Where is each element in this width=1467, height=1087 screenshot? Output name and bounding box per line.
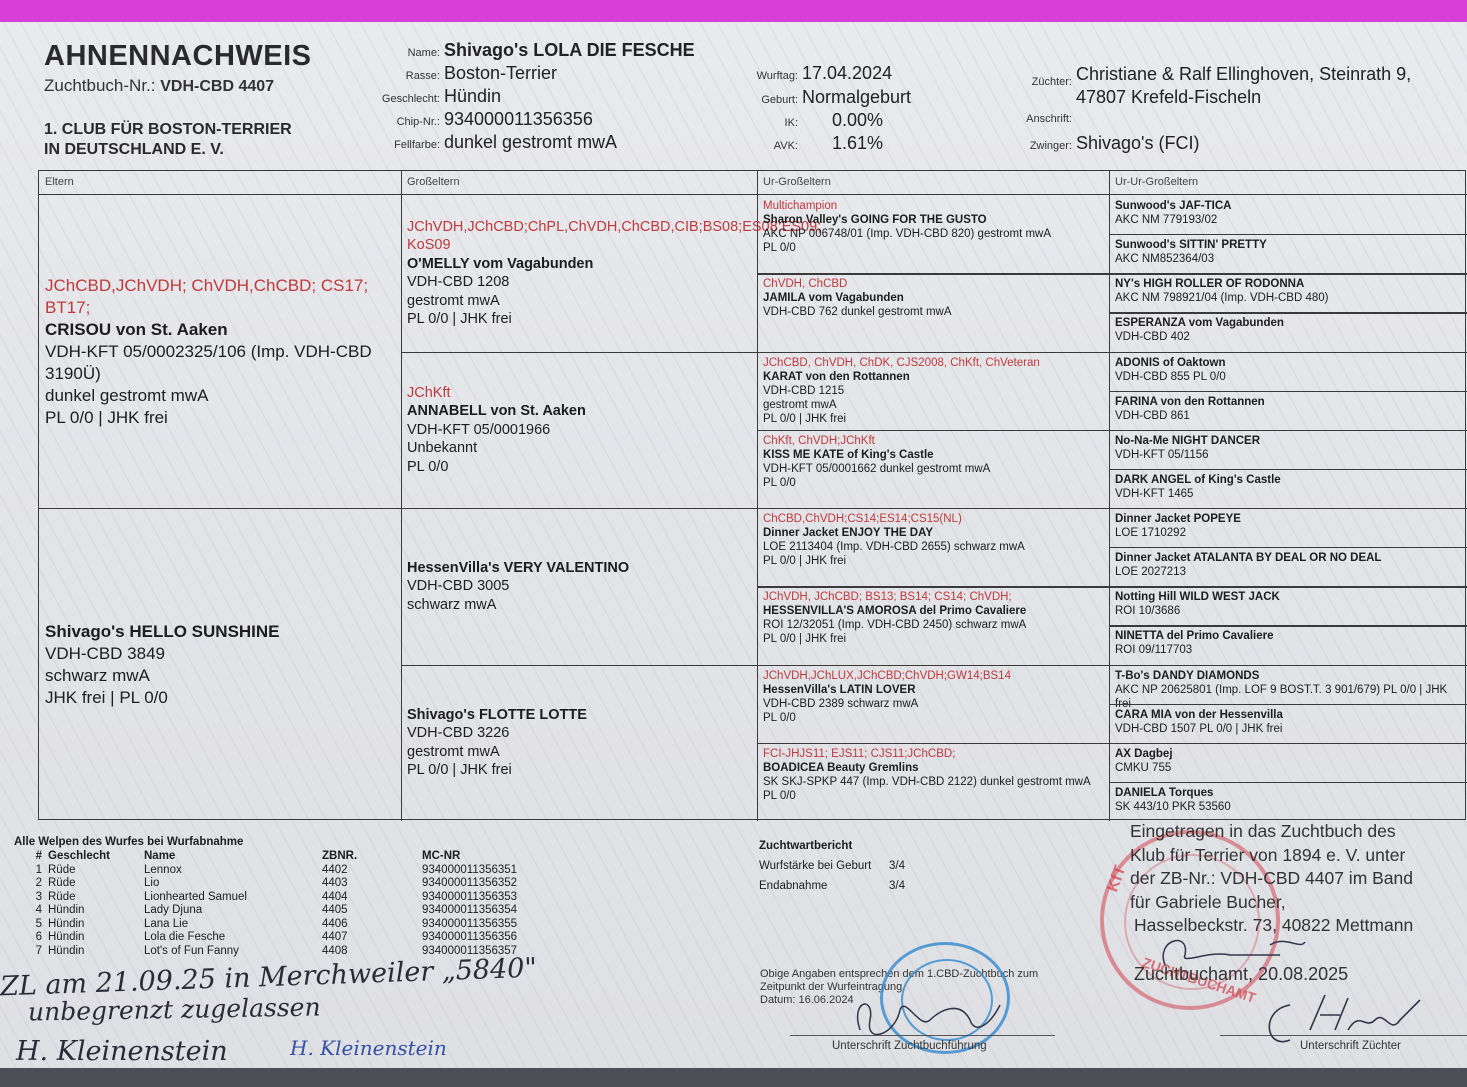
ancestor-name: Sharon Valley's GOING FOR THE GUSTO bbox=[763, 213, 1103, 227]
ancestor-name: Dinner Jacket ENJOY THE DAY bbox=[763, 526, 1103, 540]
puppy-cell: 934000011356355 bbox=[422, 918, 582, 932]
puppies-rows: 1RüdeLennox44029340000113563512RüdeLio44… bbox=[14, 864, 554, 959]
pedigree-entry: HessenVilla's VERY VALENTINOVDH-CBD 3005… bbox=[401, 508, 757, 665]
ik-label: IK: bbox=[740, 117, 798, 129]
field-zuechter: Züchter: bbox=[1010, 76, 1076, 88]
ancestor-detail: LOE 1710292 bbox=[1115, 526, 1461, 540]
ancestor-titles: JChKft bbox=[407, 384, 751, 403]
puppy-cell: Lana Lie bbox=[144, 918, 322, 932]
ancestor-detail: VDH-KFT 05/0002325/106 (Imp. VDH-CBD 319… bbox=[45, 341, 395, 385]
ancestor-name: T-Bo's DANDY DIAMONDS bbox=[1115, 669, 1461, 683]
registration-line: der ZB-Nr.: VDH-CBD 4407 im Band bbox=[1130, 867, 1413, 891]
ancestor-detail: PL 0/0 | JHK frei bbox=[45, 407, 395, 429]
puppy-cell: Rüde bbox=[48, 891, 144, 905]
field-fellfarbe: Fellfarbe: dunkel gestromt mwA bbox=[380, 132, 617, 153]
puppy-cell: 4 bbox=[14, 904, 48, 918]
ancestor-name: NY's HIGH ROLLER OF RODONNA bbox=[1115, 277, 1461, 291]
ancestor-titles: JChVDH,JChLUX,JChCBD;ChVDH;GW14;BS14 bbox=[763, 669, 1103, 683]
zuchtbuch-label: Zuchtbuch-Nr.: bbox=[44, 76, 156, 95]
ancestor-name: KISS ME KATE of King's Castle bbox=[763, 448, 1103, 462]
document-bottom-edge bbox=[0, 1068, 1467, 1087]
ancestor-detail: PL 0/0 | JHK frei bbox=[763, 412, 1103, 426]
ancestor-detail: ROI 10/3686 bbox=[1115, 604, 1461, 618]
geburt-label: Geburt: bbox=[740, 94, 798, 106]
ancestor-detail: VDH-CBD 855 PL 0/0 bbox=[1115, 370, 1461, 384]
column-header-3: Ur-Großeltern bbox=[757, 171, 1109, 195]
puppies-column-header: Geschlecht bbox=[48, 850, 144, 864]
puppy-cell: 7 bbox=[14, 945, 48, 959]
ancestor-name: Dinner Jacket POPEYE bbox=[1115, 512, 1461, 526]
handwritten-note-line2: unbegrenzt zugelassen bbox=[28, 992, 321, 1026]
pedigree-entry: JChCBD, ChVDH, ChDK, CJS2008, ChKft, ChV… bbox=[757, 352, 1109, 430]
pedigree-entry: ChVDH, ChCBDJAMILA vom VagabundenVDH-CBD… bbox=[757, 273, 1109, 351]
ancestor-detail: LOE 2027213 bbox=[1115, 565, 1461, 579]
signature-zuechter bbox=[1260, 990, 1440, 1050]
pedigree-entry: Sunwood's SITTIN' PRETTYAKC NM852364/03 bbox=[1109, 234, 1467, 273]
puppy-cell: 934000011356353 bbox=[422, 891, 582, 905]
rasse-value: Boston-Terrier bbox=[444, 63, 557, 84]
field-wurftag: Wurftag: 17.04.2024 bbox=[740, 63, 892, 84]
ancestor-detail: PL 0/0 bbox=[763, 711, 1103, 725]
ancestor-name: ADONIS of Oaktown bbox=[1115, 356, 1461, 370]
rasse-label: Rasse: bbox=[380, 70, 440, 82]
handwritten-note-signature: H. Kleinenstein bbox=[290, 1036, 447, 1060]
pedigree-entry: Shivago's HELLO SUNSHINEVDH-CBD 3849schw… bbox=[39, 508, 401, 821]
zuechter-line2: 47807 Krefeld-Fischeln bbox=[1076, 86, 1411, 109]
ancestor-detail: SK SKJ-SPKP 447 (Imp. VDH-CBD 2122) dunk… bbox=[763, 775, 1103, 789]
puppy-cell: Hündin bbox=[48, 931, 144, 945]
ancestor-name: HessenVilla's VERY VALENTINO bbox=[407, 559, 751, 578]
ancestor-titles: ChVDH, ChCBD bbox=[763, 277, 1103, 291]
ancestor-detail: PL 0/0 bbox=[763, 241, 1103, 255]
pedigree-entry: AX DagbejCMKU 755 bbox=[1109, 743, 1467, 782]
puppy-cell: 934000011356356 bbox=[422, 931, 582, 945]
ancestor-titles: JChCBD, ChVDH, ChDK, CJS2008, ChKft, ChV… bbox=[763, 356, 1103, 370]
puppy-cell: Rüde bbox=[48, 877, 144, 891]
pedigree-entry: ESPERANZA vom VagabundenVDH-CBD 402 bbox=[1109, 312, 1467, 351]
ancestor-name: AX Dagbej bbox=[1115, 747, 1461, 761]
puppy-cell: Lionhearted Samuel bbox=[144, 891, 322, 905]
avk-value: 1.61% bbox=[832, 133, 883, 154]
zwinger-label: Zwinger: bbox=[1010, 140, 1072, 152]
field-avk: AVK: 1.61% bbox=[740, 133, 883, 154]
ancestor-detail: PL 0/0 bbox=[763, 476, 1103, 490]
puppy-cell: 4408 bbox=[322, 945, 422, 959]
ancestor-detail: VDH-KFT 05/0001662 dunkel gestromt mwA bbox=[763, 462, 1103, 476]
ancestor-name: O'MELLY vom Vagabunden bbox=[407, 255, 751, 274]
ancestor-detail: ROI 09/117703 bbox=[1115, 643, 1461, 657]
puppy-cell: Hündin bbox=[48, 945, 144, 959]
ancestor-name: No-Na-Me NIGHT DANCER bbox=[1115, 434, 1461, 448]
signature-zuchtbuch bbox=[840, 990, 1020, 1040]
column-header-2: Großeltern bbox=[401, 171, 757, 195]
ancestor-titles: ChCBD,ChVDH;CS14;ES14;CS15(NL) bbox=[763, 512, 1103, 526]
puppy-cell: 4403 bbox=[322, 877, 422, 891]
pedigree-entry: DANIELA TorquesSK 443/10 PKR 53560 bbox=[1109, 782, 1467, 821]
pedigree-entry: JChVDH,JChLUX,JChCBD;ChVDH;GW14;BS14Hess… bbox=[757, 665, 1109, 743]
column-header-4: Ur-Ur-Großeltern bbox=[1109, 171, 1467, 195]
field-name: Name: Shivago's LOLA DIE FESCHE bbox=[380, 40, 695, 61]
pedigree-entry: NINETTA del Primo CavaliereROI 09/117703 bbox=[1109, 625, 1467, 664]
club-name: 1. CLUB FÜR BOSTON-TERRIER IN DEUTSCHLAN… bbox=[44, 120, 292, 160]
puppies-column-header: ZBNR. bbox=[322, 850, 422, 864]
ancestor-name: FARINA von den Rottannen bbox=[1115, 395, 1461, 409]
ancestor-name: BOADICEA Beauty Gremlins bbox=[763, 761, 1103, 775]
ancestor-detail: VDH-CBD 3849 bbox=[45, 643, 395, 665]
ancestor-detail: schwarz mwA bbox=[407, 596, 751, 615]
chip-value: 934000011356356 bbox=[444, 109, 593, 130]
ancestor-detail: VDH-CBD 1208 bbox=[407, 273, 751, 292]
ancestor-detail: AKC NM 779193/02 bbox=[1115, 213, 1461, 227]
club-name-line2: IN DEUTSCHLAND E. V. bbox=[44, 140, 292, 160]
geburt-value: Normalgeburt bbox=[802, 87, 911, 108]
zuechter-value: Christiane & Ralf Ellinghoven, Steinrath… bbox=[1076, 63, 1411, 109]
wurfstaerke-row: Wurfstärke bei Geburt 3/4 bbox=[759, 856, 929, 876]
ancestor-name: KARAT von den Rottannen bbox=[763, 370, 1103, 384]
ancestor-detail: VDH-CBD 3226 bbox=[407, 724, 751, 743]
ancestor-detail: dunkel gestromt mwA bbox=[45, 385, 395, 407]
avk-label: AVK: bbox=[740, 140, 798, 152]
field-anschrift: Anschrift: bbox=[1010, 113, 1076, 125]
endabnahme-label: Endabnahme bbox=[759, 876, 889, 896]
wurftag-label: Wurftag: bbox=[740, 70, 798, 82]
pedigree-entry: JChCBD,JChVDH; ChVDH,ChCBD; CS17; BT17;C… bbox=[39, 195, 401, 508]
ancestor-detail: gestromt mwA bbox=[407, 292, 751, 311]
ancestor-detail: VDH-KFT 05/1156 bbox=[1115, 448, 1461, 462]
pedigree-entry: Sunwood's JAF-TICAAKC NM 779193/02 bbox=[1109, 195, 1467, 234]
field-zwinger: Zwinger: Shivago's (FCI) bbox=[1010, 133, 1199, 154]
chip-label: Chip-Nr.: bbox=[380, 116, 440, 128]
field-ik: IK: 0.00% bbox=[740, 110, 883, 131]
ancestor-name: Shivago's HELLO SUNSHINE bbox=[45, 621, 395, 643]
pedigree-entry: Shivago's FLOTTE LOTTEVDH-CBD 3226gestro… bbox=[401, 665, 757, 822]
puppy-cell: 934000011356351 bbox=[422, 864, 582, 878]
ancestor-detail: VDH-CBD 1507 PL 0/0 | JHK frei bbox=[1115, 722, 1461, 736]
puppies-column-header: MC-NR bbox=[422, 850, 582, 864]
ancestor-detail: gestromt mwA bbox=[407, 743, 751, 762]
ancestor-titles: FCI-JHJS11; EJS11; CJS11;JChCBD; bbox=[763, 747, 1103, 761]
ancestor-detail: VDH-CBD 762 dunkel gestromt mwA bbox=[763, 305, 1103, 319]
endabnahme-row: Endabnahme 3/4 bbox=[759, 876, 929, 896]
puppy-row: 1RüdeLennox4402934000011356351 bbox=[14, 864, 554, 878]
ik-value: 0.00% bbox=[832, 110, 883, 131]
pedigree-entry: JChVDH,JChCBD;ChPL,ChVDH,ChCBD,CIB;BS08;… bbox=[401, 195, 757, 352]
zuchtwart-title: Zuchtwartbericht bbox=[759, 836, 929, 856]
pedigree-entry: Dinner Jacket POPEYELOE 1710292 bbox=[1109, 508, 1467, 547]
zuechter-line1: Christiane & Ralf Ellinghoven, Steinrath… bbox=[1076, 63, 1411, 86]
puppies-title: Alle Welpen des Wurfes bei Wurfabnahme bbox=[14, 836, 554, 848]
ancestor-name: Shivago's FLOTTE LOTTE bbox=[407, 706, 751, 725]
club-name-line1: 1. CLUB FÜR BOSTON-TERRIER bbox=[44, 120, 292, 140]
puppy-cell: Hündin bbox=[48, 904, 144, 918]
ancestor-name: HESSENVILLA'S AMOROSA del Primo Cavalier… bbox=[763, 604, 1103, 618]
puppy-row: 6HündinLola die Fesche440793400001135635… bbox=[14, 931, 554, 945]
ancestor-titles: ChKft, ChVDH;JChKft bbox=[763, 434, 1103, 448]
puppies-header: #GeschlechtNameZBNR.MC-NR bbox=[14, 850, 554, 864]
pedigree-entry: ChKft, ChVDH;JChKftKISS ME KATE of King'… bbox=[757, 430, 1109, 508]
pedigree-entry: No-Na-Me NIGHT DANCERVDH-KFT 05/1156 bbox=[1109, 430, 1467, 469]
registration-line: für Gabriele Bucher, bbox=[1130, 891, 1413, 915]
ancestor-name: DANIELA Torques bbox=[1115, 786, 1461, 800]
ancestor-detail: VDH-CBD 3005 bbox=[407, 577, 751, 596]
ancestor-detail: Unbekannt bbox=[407, 439, 751, 458]
ancestor-detail: JHK frei | PL 0/0 bbox=[45, 687, 395, 709]
registration-line: Eingetragen in das Zuchtbuch des bbox=[1130, 820, 1413, 844]
anschrift-label: Anschrift: bbox=[1010, 113, 1072, 125]
puppy-cell: 4404 bbox=[322, 891, 422, 905]
ancestor-detail: PL 0/0 | JHK frei bbox=[407, 310, 751, 329]
document-title: AHNENNACHWEIS bbox=[44, 40, 312, 73]
name-label: Name: bbox=[380, 47, 440, 59]
puppies-column-header: Name bbox=[144, 850, 322, 864]
pedigree-table: ElternGroßelternUr-GroßelternUr-Ur-Große… bbox=[38, 170, 1466, 820]
ancestor-name: Sunwood's SITTIN' PRETTY bbox=[1115, 238, 1461, 252]
puppy-row: 5HündinLana Lie4406934000011356355 bbox=[14, 918, 554, 932]
pedigree-entry: FCI-JHJS11; EJS11; CJS11;JChCBD;BOADICEA… bbox=[757, 743, 1109, 821]
puppy-cell: Hündin bbox=[48, 918, 144, 932]
ancestor-detail: ROI 12/32051 (Imp. VDH-CBD 2450) schwarz… bbox=[763, 618, 1103, 632]
ancestor-name: JAMILA vom Vagabunden bbox=[763, 291, 1103, 305]
ancestor-detail: PL 0/0 | JHK frei bbox=[763, 632, 1103, 646]
ancestor-name: DARK ANGEL of King's Castle bbox=[1115, 473, 1461, 487]
puppy-cell: Lot's of Fun Fanny bbox=[144, 945, 322, 959]
zwinger-value: Shivago's (FCI) bbox=[1076, 133, 1199, 154]
geschlecht-value: Hündin bbox=[444, 86, 501, 107]
pedigree-entry: JChKftANNABELL von St. AakenVDH-KFT 05/0… bbox=[401, 352, 757, 509]
ancestor-name: Dinner Jacket ATALANTA BY DEAL OR NO DEA… bbox=[1115, 551, 1461, 565]
ancestor-name: ESPERANZA vom Vagabunden bbox=[1115, 316, 1461, 330]
geschlecht-label: Geschlecht: bbox=[370, 93, 440, 105]
puppy-cell: 934000011356352 bbox=[422, 877, 582, 891]
puppy-row: 3RüdeLionhearted Samuel44049340000113563… bbox=[14, 891, 554, 905]
pedigree-entry: MultichampionSharon Valley's GOING FOR T… bbox=[757, 195, 1109, 273]
puppy-cell: Rüde bbox=[48, 864, 144, 878]
ancestor-titles: JChVDH, JChCBD; BS13; BS14; CS14; ChVDH; bbox=[763, 590, 1103, 604]
ancestor-detail: VDH-CBD 861 bbox=[1115, 409, 1461, 423]
pedigree-entry: FARINA von den RottannenVDH-CBD 861 bbox=[1109, 391, 1467, 430]
ancestor-name: CRISOU von St. Aaken bbox=[45, 319, 395, 341]
puppy-cell: 2 bbox=[14, 877, 48, 891]
puppy-cell: 934000011356354 bbox=[422, 904, 582, 918]
wurftag-value: 17.04.2024 bbox=[802, 63, 892, 84]
pedigree-entry: ADONIS of OaktownVDH-CBD 855 PL 0/0 bbox=[1109, 352, 1467, 391]
ancestor-name: CARA MIA von der Hessenvilla bbox=[1115, 708, 1461, 722]
puppy-cell: 1 bbox=[14, 864, 48, 878]
ancestor-detail: AKC NP 006748/01 (Imp. VDH-CBD 820) gest… bbox=[763, 227, 1103, 241]
ancestor-detail: gestromt mwA bbox=[763, 398, 1103, 412]
ancestor-detail: VDH-KFT 1465 bbox=[1115, 487, 1461, 501]
fellfarbe-value: dunkel gestromt mwA bbox=[444, 132, 617, 153]
fellfarbe-label: Fellfarbe: bbox=[380, 139, 440, 151]
ancestor-detail: VDH-CBD 2389 schwarz mwA bbox=[763, 697, 1103, 711]
ancestor-detail: PL 0/0 bbox=[763, 789, 1103, 803]
top-border-band bbox=[0, 0, 1467, 24]
zuchtwart-report: Zuchtwartbericht Wurfstärke bei Geburt 3… bbox=[759, 836, 929, 896]
ancestor-detail: LOE 2113404 (Imp. VDH-CBD 2655) schwarz … bbox=[763, 540, 1103, 554]
pedigree-entry: Notting Hill WILD WEST JACKROI 10/3686 bbox=[1109, 586, 1467, 625]
puppy-row: 4HündinLady Djuna4405934000011356354 bbox=[14, 904, 554, 918]
ancestor-name: ANNABELL von St. Aaken bbox=[407, 402, 751, 421]
puppy-cell: 4402 bbox=[322, 864, 422, 878]
ancestor-detail: CMKU 755 bbox=[1115, 761, 1461, 775]
pedigree-entry: NY's HIGH ROLLER OF RODONNAAKC NM 798921… bbox=[1109, 273, 1467, 312]
ancestor-detail: schwarz mwA bbox=[45, 665, 395, 687]
ancestor-detail: VDH-CBD 1215 bbox=[763, 384, 1103, 398]
ancestor-titles: Multichampion bbox=[763, 199, 1103, 213]
ancestor-detail: VDH-CBD 402 bbox=[1115, 330, 1461, 344]
field-geschlecht: Geschlecht: Hündin bbox=[370, 86, 501, 107]
ancestor-detail: AKC NM 798921/04 (Imp. VDH-CBD 480) bbox=[1115, 291, 1461, 305]
puppy-cell: 3 bbox=[14, 891, 48, 905]
ancestor-name: NINETTA del Primo Cavaliere bbox=[1115, 629, 1461, 643]
column-header-1: Eltern bbox=[39, 171, 401, 195]
ancestor-detail: PL 0/0 | JHK frei bbox=[407, 761, 751, 780]
signature-zuchtbuchamt bbox=[1150, 930, 1310, 970]
endabnahme-value: 3/4 bbox=[889, 876, 929, 896]
registration-line: Klub für Terrier von 1894 e. V. unter bbox=[1130, 844, 1413, 868]
wurfstaerke-label: Wurfstärke bei Geburt bbox=[759, 856, 889, 876]
pedigree-entry: ChCBD,ChVDH;CS14;ES14;CS15(NL)Dinner Jac… bbox=[757, 508, 1109, 586]
handwritten-note-line3: H. Kleinenstein bbox=[16, 1036, 228, 1067]
name-value: Shivago's LOLA DIE FESCHE bbox=[444, 40, 695, 61]
puppy-cell: 6 bbox=[14, 931, 48, 945]
puppy-cell: 4407 bbox=[322, 931, 422, 945]
ancestor-detail: PL 0/0 | JHK frei bbox=[763, 554, 1103, 568]
field-geburt: Geburt: Normalgeburt bbox=[740, 87, 911, 108]
zuechter-label: Züchter: bbox=[1010, 76, 1072, 88]
puppy-row: 2RüdeLio4403934000011356352 bbox=[14, 877, 554, 891]
ancestor-name: HessenVilla's LATIN LOVER bbox=[763, 683, 1103, 697]
puppies-column-header: # bbox=[14, 850, 48, 864]
puppy-cell: 4406 bbox=[322, 918, 422, 932]
puppy-cell: Lola die Fesche bbox=[144, 931, 322, 945]
ancestor-detail: SK 443/10 PKR 53560 bbox=[1115, 800, 1461, 814]
field-rasse: Rasse: Boston-Terrier bbox=[380, 63, 557, 84]
pedigree-entry: JChVDH, JChCBD; BS13; BS14; CS14; ChVDH;… bbox=[757, 586, 1109, 664]
puppy-cell: Lennox bbox=[144, 864, 322, 878]
ancestor-name: Sunwood's JAF-TICA bbox=[1115, 199, 1461, 213]
registration-text: Eingetragen in das Zuchtbuch desKlub für… bbox=[1130, 820, 1413, 938]
puppy-cell: 5 bbox=[14, 918, 48, 932]
pedigree-entry: CARA MIA von der HessenvillaVDH-CBD 1507… bbox=[1109, 704, 1467, 743]
puppy-cell: Lio bbox=[144, 877, 322, 891]
ancestor-name: Notting Hill WILD WEST JACK bbox=[1115, 590, 1461, 604]
pedigree-entry: Dinner Jacket ATALANTA BY DEAL OR NO DEA… bbox=[1109, 547, 1467, 586]
ancestor-titles: JChVDH,JChCBD;ChPL,ChVDH,ChCBD,CIB;BS08;… bbox=[407, 218, 751, 255]
ancestor-detail: VDH-KFT 05/0001966 bbox=[407, 421, 751, 440]
puppy-cell: 4405 bbox=[322, 904, 422, 918]
ancestor-detail: PL 0/0 bbox=[407, 458, 751, 477]
pedigree-entry: DARK ANGEL of King's CastleVDH-KFT 1465 bbox=[1109, 469, 1467, 508]
puppies-list: Alle Welpen des Wurfes bei Wurfabnahme #… bbox=[14, 836, 554, 958]
wurfstaerke-value: 3/4 bbox=[889, 856, 929, 876]
pedigree-entry: T-Bo's DANDY DIAMONDSAKC NP 20625801 (Im… bbox=[1109, 665, 1467, 704]
puppy-cell: Lady Djuna bbox=[144, 904, 322, 918]
ancestor-titles: JChCBD,JChVDH; ChVDH,ChCBD; CS17; BT17; bbox=[45, 275, 395, 319]
field-chip: Chip-Nr.: 934000011356356 bbox=[380, 109, 593, 130]
signature-label-zuchtbuch: Unterschrift Zuchtbuchführung bbox=[832, 1040, 987, 1052]
zuchtbuch-number: Zuchtbuch-Nr.: VDH-CBD 4407 bbox=[44, 76, 274, 96]
zuchtbuch-value: VDH-CBD 4407 bbox=[160, 78, 274, 95]
ancestor-detail: AKC NM852364/03 bbox=[1115, 252, 1461, 266]
